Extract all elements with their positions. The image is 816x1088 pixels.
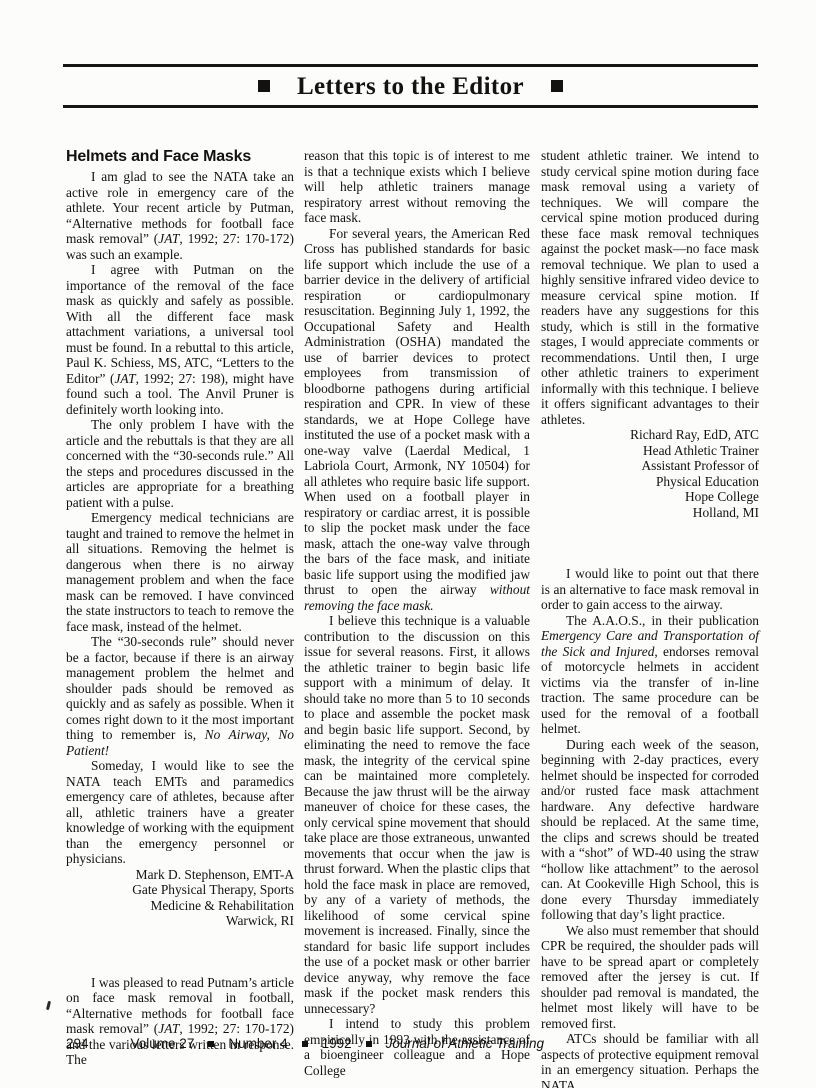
- col1-paragraph-4: Emergency medical technicians are taught…: [66, 510, 294, 634]
- col1-paragraph-7: I was pleased to read Putnam’s article o…: [66, 975, 294, 1068]
- col2-paragraph-3: I believe this technique is a valuable c…: [304, 613, 530, 1016]
- footer-volume: Volume 27: [131, 1036, 195, 1051]
- section-masthead: Letters to the Editor: [63, 68, 758, 104]
- signature-line: Warwick, RI: [66, 913, 294, 929]
- square-separator-icon: [208, 1041, 214, 1047]
- header-rule-top: [63, 64, 758, 67]
- signature-line: Gate Physical Therapy, Sports: [66, 882, 294, 898]
- column-1: Helmets and Face Masks I am glad to see …: [66, 148, 294, 1068]
- square-bullet-icon: [551, 80, 563, 92]
- header-rule-bottom: [63, 105, 758, 108]
- signature-line: Mark D. Stephenson, EMT-A: [66, 867, 294, 883]
- col1-paragraph-1: I am glad to see the NATA take an active…: [66, 169, 294, 262]
- signature-line: Holland, MI: [541, 505, 759, 521]
- footer-issue: Number 4: [228, 1036, 287, 1051]
- col2-paragraph-2: For several years, the American Red Cros…: [304, 226, 530, 614]
- column-2: reason that this topic is of interest to…: [304, 148, 530, 1078]
- letter-heading: Helmets and Face Masks: [66, 148, 294, 166]
- col3-paragraph-5: We also must remember that should CPR be…: [541, 923, 759, 1032]
- scan-stray-mark: [46, 1001, 51, 1010]
- signature-line: Head Athletic Trainer: [541, 443, 759, 459]
- page-footer: 294 Volume 27 Number 4 1992 Journal of A…: [66, 1036, 544, 1051]
- signature-line: Assistant Professor of: [541, 458, 759, 474]
- col3-paragraph-4: During each week of the season, beginnin…: [541, 737, 759, 923]
- col1-paragraph-2: I agree with Putman on the importance of…: [66, 262, 294, 417]
- col3-paragraph-6: ATCs should be familiar with all aspects…: [541, 1031, 759, 1088]
- square-separator-icon: [366, 1041, 372, 1047]
- signature-line: Richard Ray, EdD, ATC: [541, 427, 759, 443]
- col3-paragraph-2: I would like to point out that there is …: [541, 566, 759, 613]
- signature-line: Physical Education: [541, 474, 759, 490]
- page-number: 294: [66, 1036, 89, 1051]
- col1-paragraph-3: The only problem I have with the article…: [66, 417, 294, 510]
- signature-richard-ray: Richard Ray, EdD, ATC Head Athletic Trai…: [541, 427, 759, 520]
- col3-paragraph-1: student athletic trainer. We intend to s…: [541, 148, 759, 427]
- footer-year: 1992: [322, 1036, 352, 1051]
- col2-paragraph-1: reason that this topic is of interest to…: [304, 148, 530, 226]
- col3-paragraph-3: The A.A.O.S., in their publication Emerg…: [541, 613, 759, 737]
- signature-line: Medicine & Rehabilitation: [66, 898, 294, 914]
- section-title: Letters to the Editor: [297, 74, 524, 99]
- column-3: student athletic trainer. We intend to s…: [541, 148, 759, 1088]
- col1-paragraph-5: The “30-seconds rule” should never be a …: [66, 634, 294, 758]
- square-separator-icon: [302, 1041, 308, 1047]
- signature-mark-stephenson: Mark D. Stephenson, EMT-A Gate Physical …: [66, 867, 294, 929]
- footer-journal-title: Journal of Athletic Training: [386, 1036, 544, 1051]
- square-bullet-icon: [258, 80, 270, 92]
- col1-paragraph-6: Someday, I would like to see the NATA te…: [66, 758, 294, 867]
- signature-line: Hope College: [541, 489, 759, 505]
- journal-page: Letters to the Editor Helmets and Face M…: [0, 0, 816, 1088]
